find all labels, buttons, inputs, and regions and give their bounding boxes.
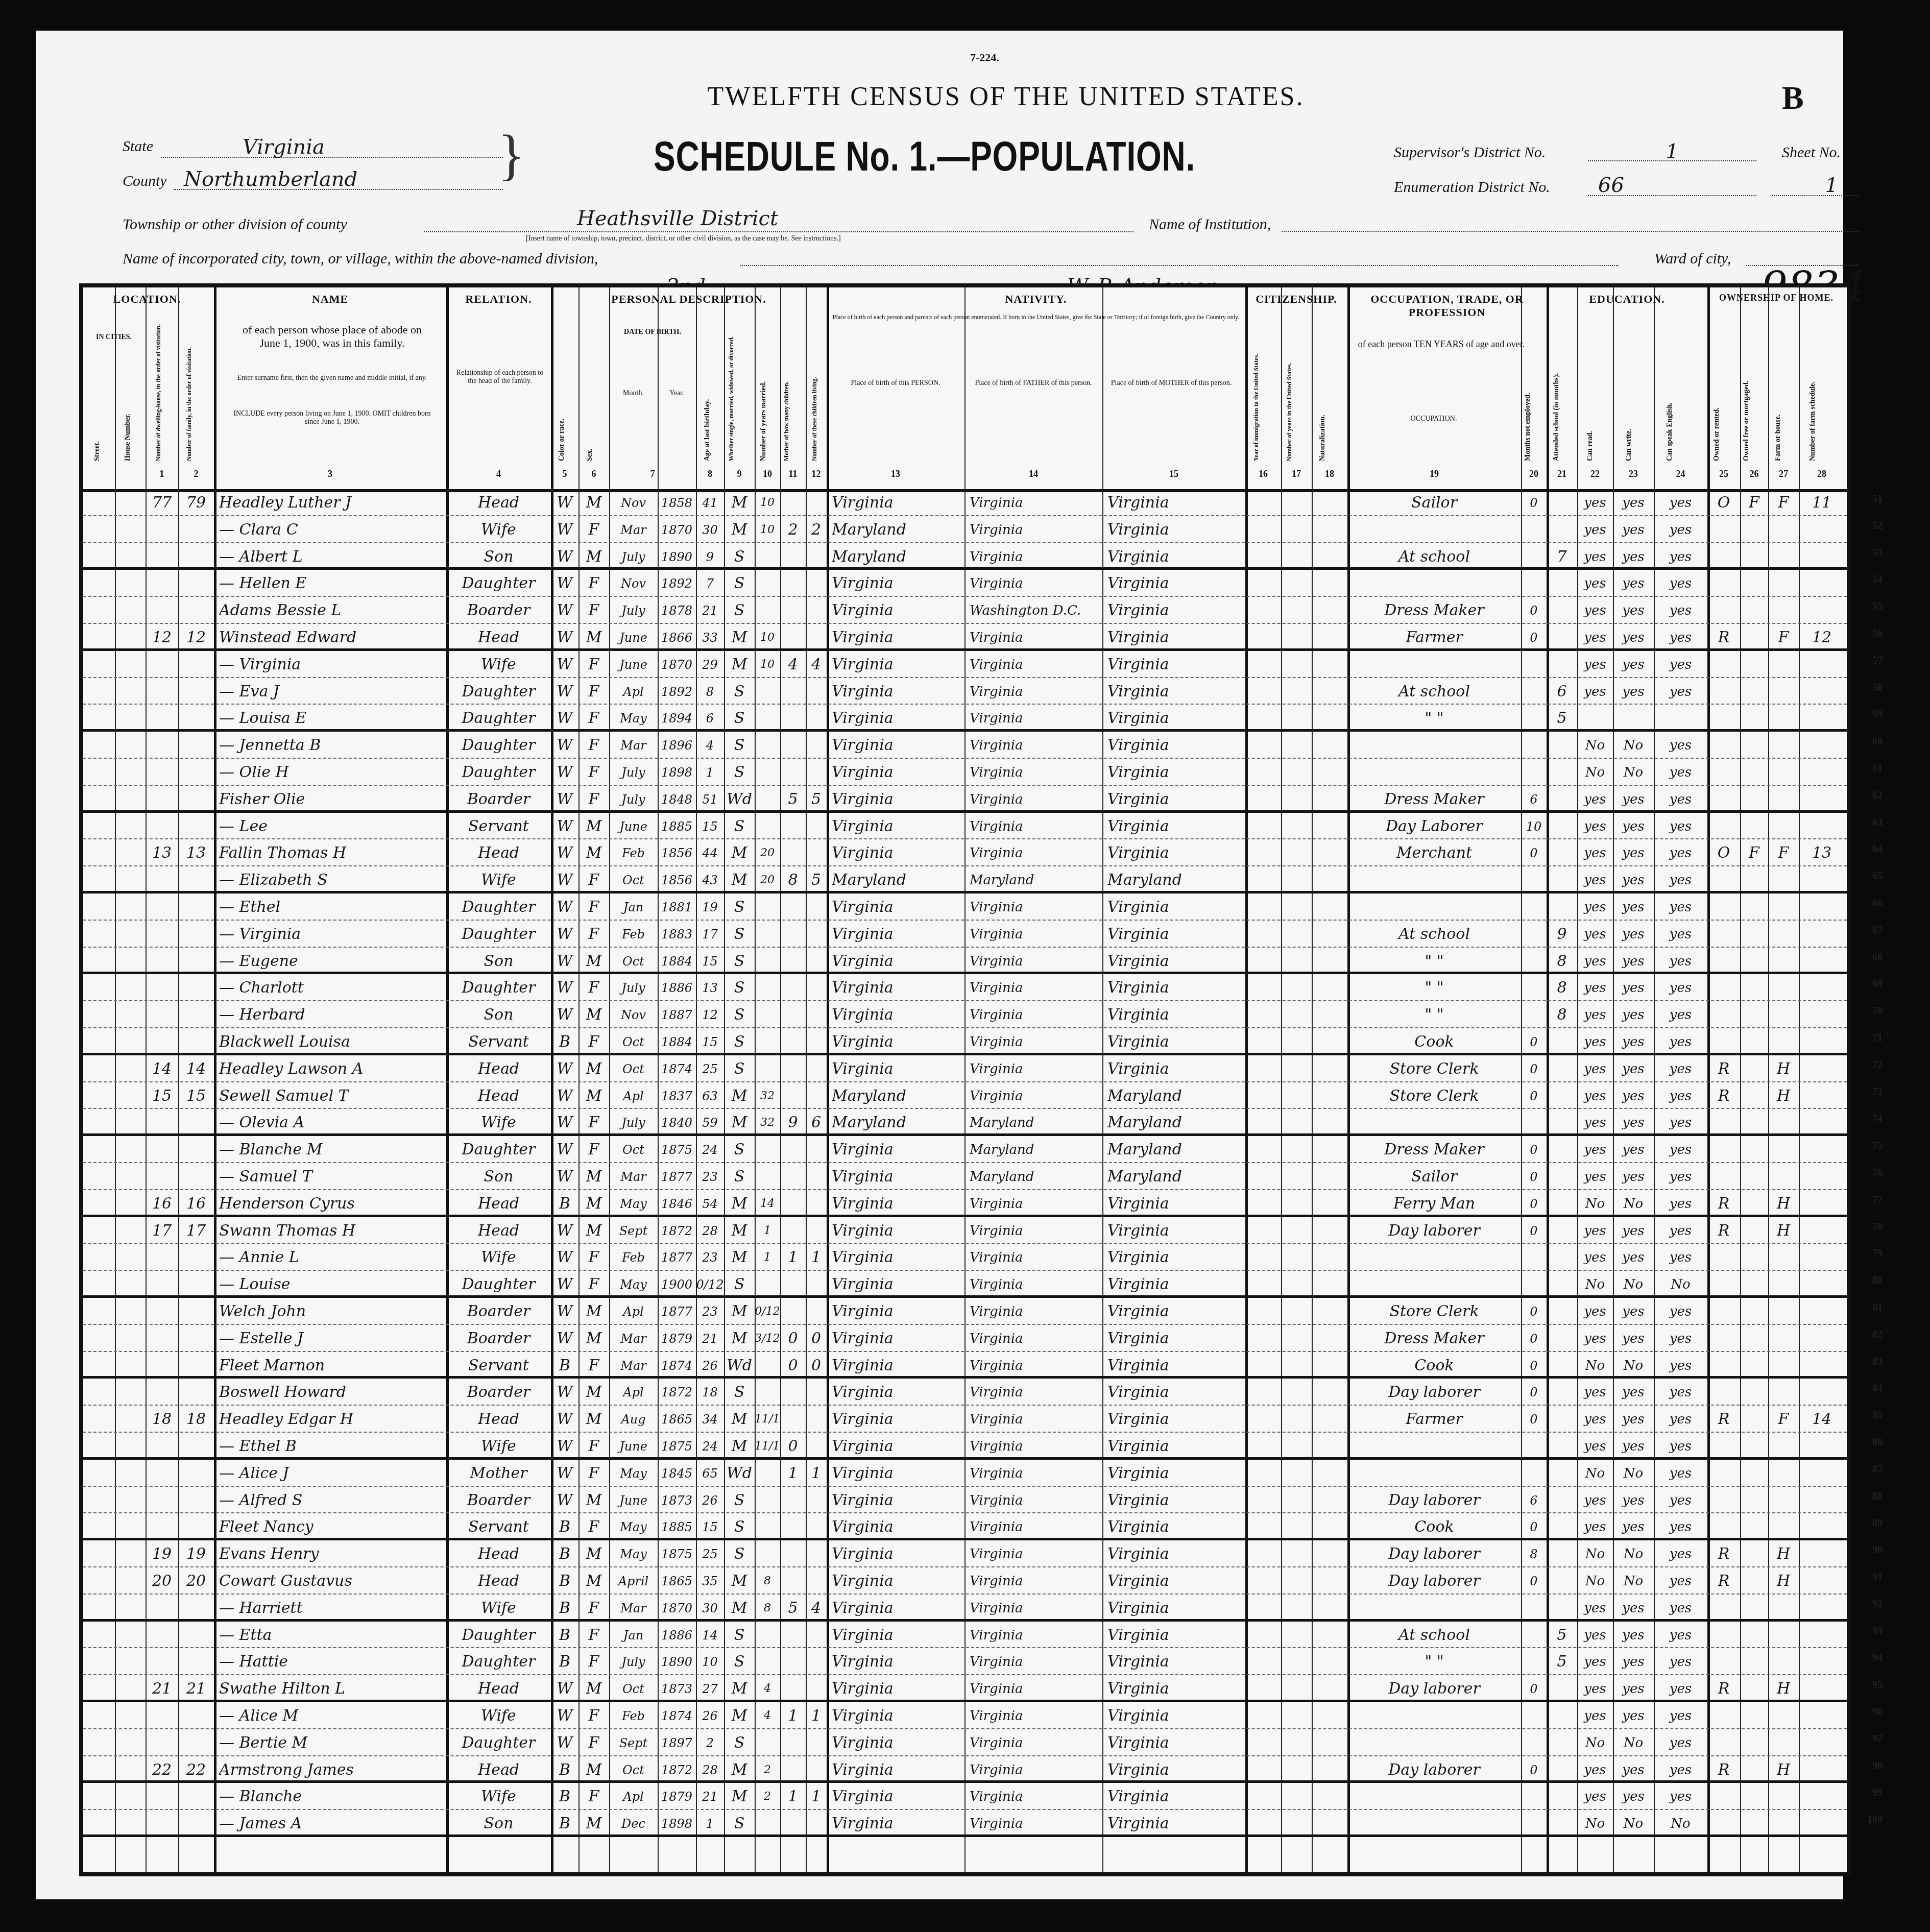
children-living: [806, 896, 827, 919]
person-name: — Alice M: [219, 1704, 444, 1728]
farm-or-house: [1768, 950, 1799, 973]
age: 34: [696, 1408, 724, 1431]
children-living: [806, 1812, 827, 1836]
age: 15: [696, 815, 724, 838]
family-number: [178, 1704, 214, 1728]
can-read: No: [1577, 1273, 1613, 1296]
birthplace-father: Washington D.C.: [970, 599, 1100, 622]
group-in-cities: IN CITIES.: [83, 333, 144, 342]
birth-month: July: [609, 976, 658, 1000]
farm-schedule-number: [1799, 1597, 1845, 1620]
birth-month: Feb: [609, 1704, 658, 1728]
birthplace-mother: Virginia: [1107, 1381, 1243, 1404]
years-married: 0/12: [755, 1300, 780, 1323]
marital-status: S: [724, 572, 755, 595]
mother-of: 1: [780, 1246, 806, 1269]
relation: Daughter: [446, 707, 551, 730]
school-months: [1547, 1165, 1577, 1189]
occupation: [1347, 1597, 1521, 1620]
farm-or-house: H: [1768, 1192, 1799, 1216]
person-name: Fisher Olie: [219, 788, 444, 811]
mother-of: [780, 599, 806, 622]
mother-of: 9: [780, 1111, 806, 1134]
birthplace-father: Virginia: [970, 1597, 1100, 1620]
age: 26: [696, 1704, 724, 1728]
school-months: [1547, 572, 1577, 595]
city-label: Name of incorporated city, town, or vill…: [123, 250, 598, 268]
mother-of: [780, 1138, 806, 1162]
owned-rented: [1707, 1704, 1740, 1728]
can-speak-english: yes: [1654, 1569, 1707, 1593]
colnum: 23: [1613, 469, 1654, 479]
birthplace-father: Virginia: [970, 1704, 1100, 1728]
can-write: yes: [1613, 1084, 1654, 1108]
relation: Wife: [446, 1704, 551, 1728]
relation: Daughter: [446, 1273, 551, 1296]
birthplace-father: Virginia: [970, 1650, 1100, 1674]
children-living: [806, 1677, 827, 1701]
dwelling-number: [146, 1489, 178, 1512]
line-number: 100: [1867, 1814, 1883, 1826]
children-living: [806, 1542, 827, 1566]
relation: Boarder: [446, 1300, 551, 1323]
months-unemployed: [1521, 1731, 1547, 1755]
occupation: [1347, 734, 1521, 757]
occupation: [1347, 1731, 1521, 1755]
hdr-occupation: OCCUPATION.: [1349, 415, 1518, 423]
can-write: yes: [1613, 1704, 1654, 1728]
school-months: [1547, 1327, 1577, 1350]
farm-schedule-number: [1799, 1273, 1845, 1296]
can-read: No: [1577, 1354, 1613, 1378]
birthplace-mother: Virginia: [1107, 1597, 1243, 1620]
school-months: [1547, 1489, 1577, 1512]
farm-or-house: F: [1768, 841, 1799, 865]
birthplace-mother: Virginia: [1107, 734, 1243, 757]
owned-rented: [1707, 1246, 1740, 1269]
birthplace-father: Virginia: [970, 1030, 1100, 1054]
birth-year: 1883: [658, 923, 696, 946]
person-name: — Etta: [219, 1624, 444, 1647]
months-unemployed: 0: [1521, 1569, 1547, 1593]
children-living: 0: [806, 1354, 827, 1378]
hdr-pob-person: Place of birth of this PERSON.: [832, 379, 959, 388]
farm-schedule-number: [1799, 1704, 1845, 1728]
farm-or-house: [1768, 572, 1799, 595]
mother-of: [780, 626, 806, 649]
birth-year: 1870: [658, 1597, 696, 1620]
can-write: yes: [1613, 815, 1654, 838]
years-married: [755, 707, 780, 730]
line-number: 63: [1872, 817, 1883, 829]
mother-of: 0: [780, 1327, 806, 1350]
years-married: 4: [755, 1704, 780, 1728]
family-number: 15: [178, 1084, 214, 1108]
family-number: [178, 868, 214, 892]
family-number: [178, 599, 214, 622]
birthplace-mother: Virginia: [1107, 1273, 1243, 1296]
sex: M: [578, 1758, 609, 1782]
marital-status: M: [724, 1300, 755, 1323]
enumeration-label: Enumeration District No.: [1394, 179, 1550, 196]
birth-year: 1879: [658, 1785, 696, 1808]
marital-status: S: [724, 1542, 755, 1566]
relation: Daughter: [446, 680, 551, 704]
children-living: [806, 1624, 827, 1647]
person-name: — Olevia A: [219, 1111, 444, 1134]
can-speak-english: yes: [1654, 1704, 1707, 1728]
birth-year: 1846: [658, 1192, 696, 1216]
can-write: yes: [1613, 1624, 1654, 1647]
sex: M: [578, 1381, 609, 1404]
can-speak-english: yes: [1654, 1624, 1707, 1647]
color-race: B: [551, 1192, 578, 1216]
line-number: 73: [1872, 1086, 1883, 1098]
line-number: 59: [1872, 709, 1883, 720]
birth-year: 1874: [658, 1354, 696, 1378]
can-write: yes: [1613, 545, 1654, 569]
family-number: [178, 1030, 214, 1054]
birth-year: 1890: [658, 1650, 696, 1674]
relation: Wife: [446, 1597, 551, 1620]
occupation: [1347, 1435, 1521, 1458]
can-write: No: [1613, 1192, 1654, 1216]
mother-of: 4: [780, 653, 806, 677]
mother-of: [780, 1758, 806, 1782]
relation: Head: [446, 1542, 551, 1566]
color-race: W: [551, 1704, 578, 1728]
birth-month: June: [609, 815, 658, 838]
free-mortgaged: [1740, 1300, 1768, 1323]
group-occupation: OCCUPATION, TRADE, OR PROFESSION: [1347, 293, 1547, 319]
birth-year: 1887: [658, 1003, 696, 1027]
birthplace-mother: Virginia: [1107, 1219, 1243, 1243]
free-mortgaged: [1740, 1677, 1768, 1701]
sheet-label: Sheet No.: [1782, 144, 1841, 161]
color-race: B: [551, 1812, 578, 1836]
age: 6: [696, 707, 724, 730]
age: 1: [696, 761, 724, 784]
school-months: [1547, 1300, 1577, 1323]
family-number: [178, 923, 214, 946]
family-number: [178, 1246, 214, 1269]
occupation: [1347, 518, 1521, 542]
state-field: Virginia: [161, 135, 503, 158]
owned-rented: [1707, 572, 1740, 595]
birthplace-father: Maryland: [970, 1165, 1100, 1189]
months-unemployed: 0: [1521, 599, 1547, 622]
birthplace-mother: Virginia: [1107, 491, 1243, 515]
relation: Head: [446, 841, 551, 865]
age: 23: [696, 1246, 724, 1269]
owned-rented: [1707, 599, 1740, 622]
owned-rented: R: [1707, 1542, 1740, 1566]
can-speak-english: yes: [1654, 1462, 1707, 1485]
dwelling-number: [146, 1462, 178, 1485]
colnum: 2: [178, 469, 214, 479]
birth-month: July: [609, 545, 658, 569]
years-married: 8: [755, 1569, 780, 1593]
mother-of: [780, 1381, 806, 1404]
birthplace-person: Virginia: [832, 1515, 962, 1539]
occupation: Ferry Man: [1347, 1192, 1521, 1216]
mother-of: 0: [780, 1354, 806, 1378]
children-living: [806, 841, 827, 865]
can-write: yes: [1613, 1300, 1654, 1323]
line-number: 77: [1872, 1194, 1883, 1206]
mother-of: [780, 680, 806, 704]
owned-rented: [1707, 1515, 1740, 1539]
farm-or-house: F: [1768, 491, 1799, 515]
supervisor-label: Supervisor's District No.: [1394, 144, 1546, 161]
family-number: [178, 1650, 214, 1674]
color-race: B: [551, 1542, 578, 1566]
can-write: yes: [1613, 680, 1654, 704]
can-read: yes: [1577, 1435, 1613, 1458]
dwelling-number: [146, 1597, 178, 1620]
table-row: Adams Bessie L Boarder W F July 1878 21 …: [83, 597, 1847, 624]
sex: F: [578, 896, 609, 919]
birth-month: Jan: [609, 1624, 658, 1647]
hdr-owned-free: Owned free or mortgaged.: [1743, 323, 1751, 461]
farm-or-house: [1768, 1731, 1799, 1755]
color-race: W: [551, 1489, 578, 1512]
years-married: [755, 950, 780, 973]
free-mortgaged: F: [1740, 841, 1768, 865]
mother-of: [780, 1003, 806, 1027]
can-write: yes: [1613, 599, 1654, 622]
group-name: NAME: [214, 293, 446, 306]
sex: F: [578, 1138, 609, 1162]
years-married: [755, 1542, 780, 1566]
children-living: [806, 572, 827, 595]
can-read: yes: [1577, 788, 1613, 811]
family-number: 16: [178, 1192, 214, 1216]
family-number: 21: [178, 1677, 214, 1701]
birth-month: Nov: [609, 572, 658, 595]
color-race: W: [551, 653, 578, 677]
months-unemployed: [1521, 518, 1547, 542]
owned-rented: [1707, 1812, 1740, 1836]
free-mortgaged: [1740, 599, 1768, 622]
age: 8: [696, 680, 724, 704]
mother-of: [780, 1731, 806, 1755]
mother-of: [780, 1408, 806, 1431]
table-row: — Charlott Daughter W F July 1886 13 S V…: [83, 974, 1847, 1001]
can-read: yes: [1577, 950, 1613, 973]
months-unemployed: [1521, 1273, 1547, 1296]
birth-month: Mar: [609, 1597, 658, 1620]
dwelling-number: [146, 923, 178, 946]
can-write: [1613, 707, 1654, 730]
dwelling-number: 14: [146, 1057, 178, 1081]
color-race: W: [551, 518, 578, 542]
sex: F: [578, 788, 609, 811]
farm-schedule-number: [1799, 815, 1845, 838]
person-name: Cowart Gustavus: [219, 1569, 444, 1593]
free-mortgaged: [1740, 680, 1768, 704]
birth-month: Mar: [609, 518, 658, 542]
table-row: Blackwell Louisa Servant B F Oct 1884 15…: [83, 1028, 1847, 1055]
years-married: 10: [755, 653, 780, 677]
can-write: yes: [1613, 976, 1654, 1000]
farm-schedule-number: [1799, 1192, 1845, 1216]
birthplace-mother: Virginia: [1107, 1030, 1243, 1054]
table-row: — Louisa E Daughter W F May 1894 6 S Vir…: [83, 705, 1847, 732]
birthplace-father: Virginia: [970, 680, 1100, 704]
sex: F: [578, 923, 609, 946]
owned-rented: [1707, 868, 1740, 892]
farm-schedule-number: [1799, 1462, 1845, 1485]
occupation: [1347, 572, 1521, 595]
sex: M: [578, 1569, 609, 1593]
free-mortgaged: [1740, 1785, 1768, 1808]
birth-month: May: [609, 1542, 658, 1566]
birth-year: 1873: [658, 1489, 696, 1512]
relation: Wife: [446, 1111, 551, 1134]
can-write: yes: [1613, 1219, 1654, 1243]
family-number: 18: [178, 1408, 214, 1431]
can-write: yes: [1613, 1057, 1654, 1081]
birthplace-mother: Virginia: [1107, 841, 1243, 865]
birth-year: 1885: [658, 815, 696, 838]
family-number: [178, 1327, 214, 1350]
occupation-desc: of each person TEN YEARS of age and over…: [1355, 339, 1528, 350]
sex: F: [578, 1462, 609, 1485]
marital-status: M: [724, 1084, 755, 1108]
hdr-months-unemployed: Months not employed.: [1524, 390, 1532, 461]
months-unemployed: [1521, 1650, 1547, 1674]
relation: Head: [446, 1192, 551, 1216]
age: 2: [696, 1731, 724, 1755]
schedule-title: SCHEDULE No. 1.—POPULATION.: [654, 133, 1195, 181]
free-mortgaged: [1740, 707, 1768, 730]
school-months: [1547, 868, 1577, 892]
owned-rented: [1707, 1597, 1740, 1620]
occupation: Dress Maker: [1347, 599, 1521, 622]
can-read: yes: [1577, 1246, 1613, 1269]
marital-status: M: [724, 491, 755, 515]
relation: Daughter: [446, 1650, 551, 1674]
school-months: [1547, 1111, 1577, 1134]
person-name: Boswell Howard: [219, 1381, 444, 1404]
birth-month: Mar: [609, 1165, 658, 1189]
can-speak-english: yes: [1654, 1381, 1707, 1404]
family-number: [178, 1003, 214, 1027]
marital-status: S: [724, 1731, 755, 1755]
months-unemployed: 0: [1521, 1408, 1547, 1431]
months-unemployed: 0: [1521, 1515, 1547, 1539]
age: 10: [696, 1650, 724, 1674]
mother-of: [780, 707, 806, 730]
marital-status: S: [724, 761, 755, 784]
age: 12: [696, 1003, 724, 1027]
birthplace-person: Maryland: [832, 1084, 962, 1108]
birthplace-person: Virginia: [832, 1381, 962, 1404]
birth-year: 1873: [658, 1677, 696, 1701]
school-months: [1547, 841, 1577, 865]
can-speak-english: yes: [1654, 896, 1707, 919]
can-read: No: [1577, 761, 1613, 784]
farm-schedule-number: [1799, 545, 1845, 569]
free-mortgaged: [1740, 545, 1768, 569]
free-mortgaged: [1740, 1246, 1768, 1269]
birth-month: May: [609, 707, 658, 730]
color-race: B: [551, 1624, 578, 1647]
sex: M: [578, 1084, 609, 1108]
table-row: — Blanche Wife B F Apl 1879 21 M 2 1 1 V…: [83, 1783, 1847, 1810]
birthplace-father: Virginia: [970, 1569, 1100, 1593]
sex: M: [578, 841, 609, 865]
marital-status: M: [724, 1785, 755, 1808]
birthplace-person: Virginia: [832, 1435, 962, 1458]
can-read: yes: [1577, 1327, 1613, 1350]
years-married: 20: [755, 841, 780, 865]
farm-or-house: [1768, 815, 1799, 838]
colnum: 17: [1281, 469, 1312, 479]
mother-of: 1: [780, 1704, 806, 1728]
table-row: — Eugene Son W M Oct 1884 15 S Virginia …: [83, 948, 1847, 975]
can-read: yes: [1577, 841, 1613, 865]
children-living: [806, 1300, 827, 1323]
person-name: Welch John: [219, 1300, 444, 1323]
children-living: [806, 1057, 827, 1081]
can-read: yes: [1577, 1704, 1613, 1728]
line-number: 75: [1872, 1140, 1883, 1152]
birth-month: Oct: [609, 1057, 658, 1081]
months-unemployed: 0: [1521, 1381, 1547, 1404]
farm-or-house: [1768, 545, 1799, 569]
person-name: Evans Henry: [219, 1542, 444, 1566]
family-number: 79: [178, 491, 214, 515]
years-married: [755, 976, 780, 1000]
birth-year: 1856: [658, 868, 696, 892]
sex: F: [578, 518, 609, 542]
age: 21: [696, 1785, 724, 1808]
person-name: — Olie H: [219, 761, 444, 784]
mother-of: [780, 1650, 806, 1674]
owned-rented: R: [1707, 1758, 1740, 1782]
mother-of: [780, 545, 806, 569]
birth-year: 1879: [658, 1327, 696, 1350]
family-number: [178, 761, 214, 784]
birthplace-father: Virginia: [970, 491, 1100, 515]
farm-schedule-number: 12: [1799, 626, 1845, 649]
marital-status: M: [724, 518, 755, 542]
birth-year: 1898: [658, 1812, 696, 1836]
months-unemployed: [1521, 923, 1547, 946]
school-months: [1547, 626, 1577, 649]
marital-status: M: [724, 1704, 755, 1728]
birthplace-person: Maryland: [832, 545, 962, 569]
age: 15: [696, 950, 724, 973]
group-ownership: OWNERSHIP OF HOME.: [1707, 293, 1845, 303]
occupation: At school: [1347, 545, 1521, 569]
line-number: 83: [1872, 1356, 1883, 1368]
occupation: [1347, 1462, 1521, 1485]
birthplace-father: Virginia: [970, 1812, 1100, 1836]
can-write: yes: [1613, 1165, 1654, 1189]
birthplace-person: Virginia: [832, 1785, 962, 1808]
birth-year: 1892: [658, 680, 696, 704]
age: 28: [696, 1758, 724, 1782]
birthplace-father: Virginia: [970, 1273, 1100, 1296]
sex: M: [578, 815, 609, 838]
farm-or-house: [1768, 1246, 1799, 1269]
free-mortgaged: [1740, 1489, 1768, 1512]
school-months: [1547, 1785, 1577, 1808]
color-race: B: [551, 1785, 578, 1808]
